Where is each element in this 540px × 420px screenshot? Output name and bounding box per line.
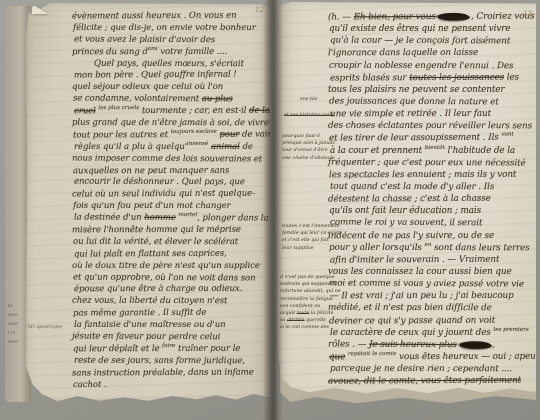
struck-word: homme (144, 213, 176, 223)
handwriting-line: tout pour les autres et toujours esclave… (73, 129, 270, 142)
struck-word: toute (297, 311, 310, 316)
margin-note-cluster: toutes c'est l'immensitéfamille qui leur… (282, 223, 342, 252)
left-text-block: évènement aussi heureux . On vous enféli… (72, 11, 270, 392)
interline-insert: ans (148, 46, 158, 52)
handwriting-line: mon bon père . Quel gouffre infernal ! (74, 70, 270, 83)
interline-insert: toujours esclave (171, 129, 217, 135)
handwriting-line: misère l'honnête homme qui le méprise (72, 225, 270, 237)
margin-note-line: ens-tés (300, 96, 317, 103)
margin-note-line: reconnaître la fatigue (280, 296, 341, 303)
margin-note-line: toutes c'est l'immensité (282, 223, 342, 230)
struck-word: et ses histoires voilà (284, 113, 334, 118)
struck-word: pour (219, 130, 239, 140)
left-margin-note: Mr apostrophe (28, 325, 70, 330)
handwriting-line: évènement aussi heureux . On vous en (72, 10, 270, 23)
handwriting-line: où le doux titre de père n'est qu'un sup… (72, 261, 270, 273)
margin-note-line: tour d'ennui d'être (282, 147, 335, 154)
margin-note-cluster: il n'est pas de quelqueendroits qui supp… (280, 274, 341, 332)
margin-note-line: une chaîne d'obstacle (282, 155, 335, 162)
handwriting-line: la fantaisie d'une maîtresse ou d'un (74, 320, 270, 332)
handwriting-line: cachot . (73, 380, 270, 392)
margin-note-line: et c'est elle qui fait (282, 237, 342, 244)
handwriting-line: reste de ses jours, sans forme juridique… (74, 356, 270, 368)
margin-note-cluster: pourquoi faut-ilpresque soin à jamaistou… (282, 133, 335, 162)
margin-note-line: leur supplice (282, 245, 342, 252)
margin-note-line: sa altrible querelle (280, 317, 341, 324)
handwriting-line: quel séjour odieux que celui où l'on (72, 82, 270, 94)
handwriting-line: qui lui plaît en flattant ses caprices, (74, 248, 270, 261)
margin-note-cluster: et ses histoires voilà (284, 112, 334, 119)
handwriting-line: règles qu'il a plu à quelqu'insensé anim… (74, 142, 270, 154)
handwriting-line: épouse qu'une être à charge ou odieux. (74, 284, 270, 296)
folded-corner (30, 3, 50, 15)
handwriting-line: félicite ; que dis-je, on envie votre bo… (73, 23, 270, 35)
interline-insert: les plus cruels (98, 105, 139, 111)
handwriting-line: fois qu'un fou peut d'un mot changer (73, 201, 270, 213)
handwriting-line: cruel les plus cruels tourmente ; car, e… (74, 106, 270, 118)
margin-notes: ens-téset ses histoires voilàpourquoi fa… (278, 2, 536, 394)
interline-insert: faire (162, 343, 175, 349)
handwriting-line: princes du sang dans votre famille .... (72, 46, 270, 58)
left-page: 12 Mr apostrophe évènement aussi heureux… (26, 3, 270, 402)
struck-word: altrible (287, 318, 305, 323)
struck-word: au plus (202, 94, 233, 104)
handwriting-line: pas même garantie . Il suffit de (73, 308, 270, 321)
struck-word: animal (211, 142, 240, 152)
margin-note-line: pourquoi faut-il (282, 133, 335, 140)
margin-note-line: infortune abondit, qui ne (280, 288, 341, 295)
margin-note-line: presque soin à jamais (282, 140, 335, 147)
margin-note-line: et ses histoires voilà (284, 112, 334, 119)
margin-note-line: son confident au (280, 303, 341, 310)
page-number-right: 13 (523, 10, 532, 18)
spine-shadow (263, 0, 283, 420)
margin-note-line: acquit toute la félicité (280, 310, 341, 317)
handwriting-line: ou lui dit la vérité, et élever le scélé… (73, 237, 270, 249)
interline-insert: insensé (187, 141, 208, 147)
struck-word: cruel (74, 106, 96, 116)
handwriting-line: la destinée d'un homme mortel, plonger d… (74, 213, 270, 226)
right-page: 13 ens-téset ses histoires voilàpourquoi… (278, 2, 536, 394)
handwriting-line: sans instruction préalable, dans un infa… (72, 367, 270, 380)
margin-note-line: il n'est pas de quelque (280, 274, 341, 281)
margin-note-line: endroits qui supposent (280, 281, 341, 288)
margin-note-line: famille qui leur co-existe (282, 230, 342, 237)
handwriting-line: et vous avez le plaisir d'avoir des (74, 34, 270, 47)
handwriting-line: nous imposer comme des lois souveraines … (72, 153, 270, 166)
handwriting-line: qui leur déplaît et le faire traîner pou… (73, 344, 270, 356)
margin-note-cluster: ens-tés (300, 96, 317, 103)
interline-insert: mortel (178, 212, 197, 218)
manuscript-photo: tasomvotéi mmon 12 Mr apostrophe évèneme… (0, 0, 540, 420)
handwriting-line: celui où un seul individu qui n'est quel… (72, 189, 270, 202)
margin-note-line: si le ciel comme des (280, 324, 341, 331)
